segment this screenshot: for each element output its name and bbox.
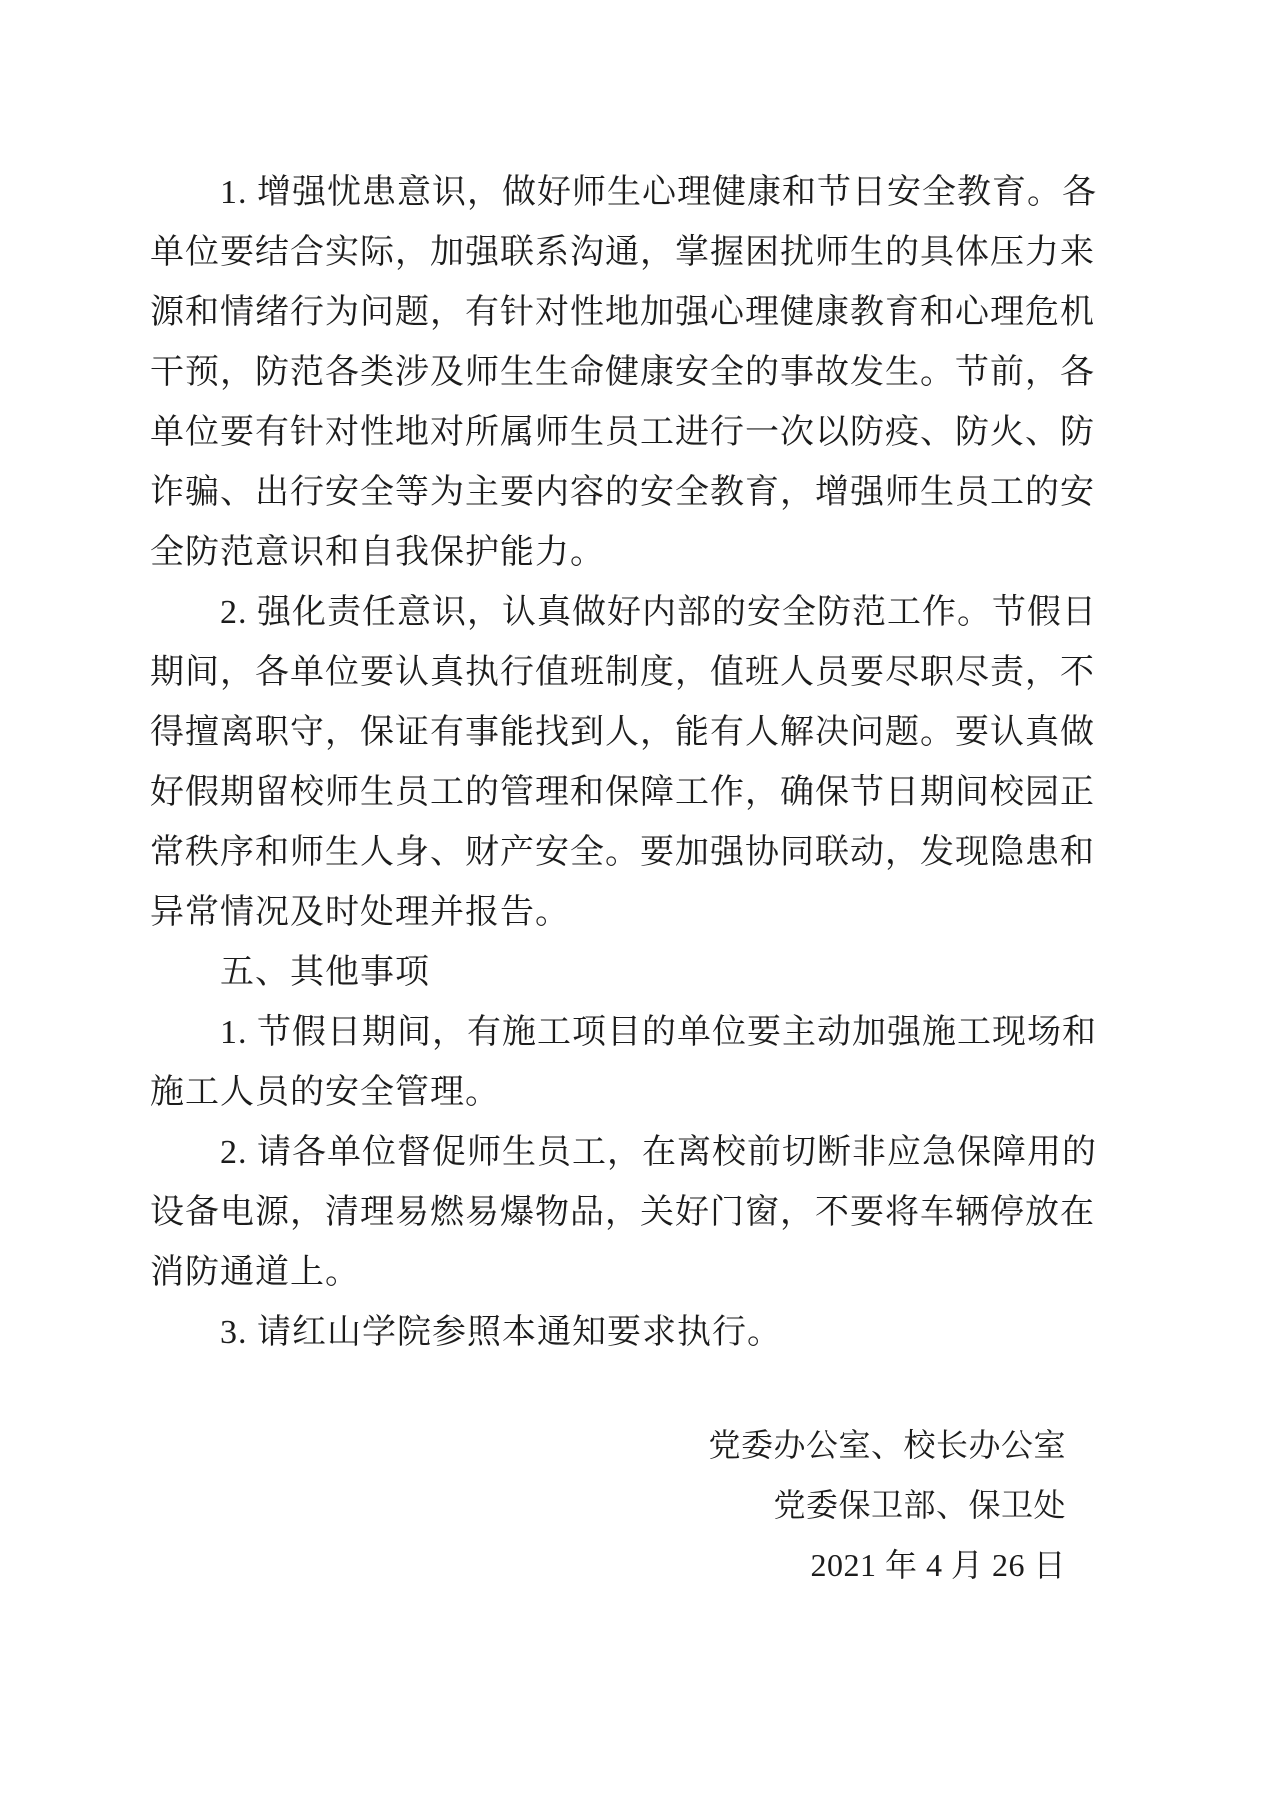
body-text-line: 源和情绪行为问题，有针对性地加强心理健康教育和心理危机 xyxy=(150,283,1118,343)
signature-block: 党委办公室、校长办公室党委保卫部、保卫处2021 年 4 月 26 日 xyxy=(708,1415,1066,1595)
document-page: 1. 增强忧患意识，做好师生心理健康和节日安全教育。各单位要结合实际，加强联系沟… xyxy=(0,0,1268,1794)
body-text-line: 诈骗、出行安全等为主要内容的安全教育，增强师生员工的安 xyxy=(150,463,1118,523)
body-text-line: 期间，各单位要认真执行值班制度，值班人员要尽职尽责，不 xyxy=(150,643,1118,703)
signature-line: 党委办公室、校长办公室 xyxy=(708,1415,1066,1475)
body-text-line: 干预，防范各类涉及师生生命健康安全的事故发生。节前，各 xyxy=(150,343,1118,403)
body-text-line: 单位要结合实际，加强联系沟通，掌握困扰师生的具体压力来 xyxy=(150,223,1118,283)
body-text-line: 五、其他事项 xyxy=(150,943,1118,1003)
body-text-line: 1. 节假日期间，有施工项目的单位要主动加强施工现场和 xyxy=(150,1003,1118,1063)
body-text-line: 1. 增强忧患意识，做好师生心理健康和节日安全教育。各 xyxy=(150,163,1118,223)
body-text-line: 全防范意识和自我保护能力。 xyxy=(150,523,1118,583)
body-text-line: 设备电源，清理易燃易爆物品，关好门窗，不要将车辆停放在 xyxy=(150,1183,1118,1243)
body-text-line: 好假期留校师生员工的管理和保障工作，确保节日期间校园正 xyxy=(150,763,1118,823)
body-text-line: 消防通道上。 xyxy=(150,1243,1118,1303)
body-text-line: 2. 请各单位督促师生员工，在离校前切断非应急保障用的 xyxy=(150,1123,1118,1183)
body-text-line: 异常情况及时处理并报告。 xyxy=(150,883,1118,943)
signature-line: 党委保卫部、保卫处 xyxy=(708,1475,1066,1535)
body-text-line: 3. 请红山学院参照本通知要求执行。 xyxy=(150,1303,1118,1363)
body-text-line: 施工人员的安全管理。 xyxy=(150,1063,1118,1123)
body-text-line: 2. 强化责任意识，认真做好内部的安全防范工作。节假日 xyxy=(150,583,1118,643)
body-text-line: 单位要有针对性地对所属师生员工进行一次以防疫、防火、防 xyxy=(150,403,1118,463)
body-text-line: 常秩序和师生人身、财产安全。要加强协同联动，发现隐患和 xyxy=(150,823,1118,883)
notice-body-text: 1. 增强忧患意识，做好师生心理健康和节日安全教育。各单位要结合实际，加强联系沟… xyxy=(150,163,1118,1363)
body-text-line: 得擅离职守，保证有事能找到人，能有人解决问题。要认真做 xyxy=(150,703,1118,763)
signature-line: 2021 年 4 月 26 日 xyxy=(708,1535,1066,1595)
